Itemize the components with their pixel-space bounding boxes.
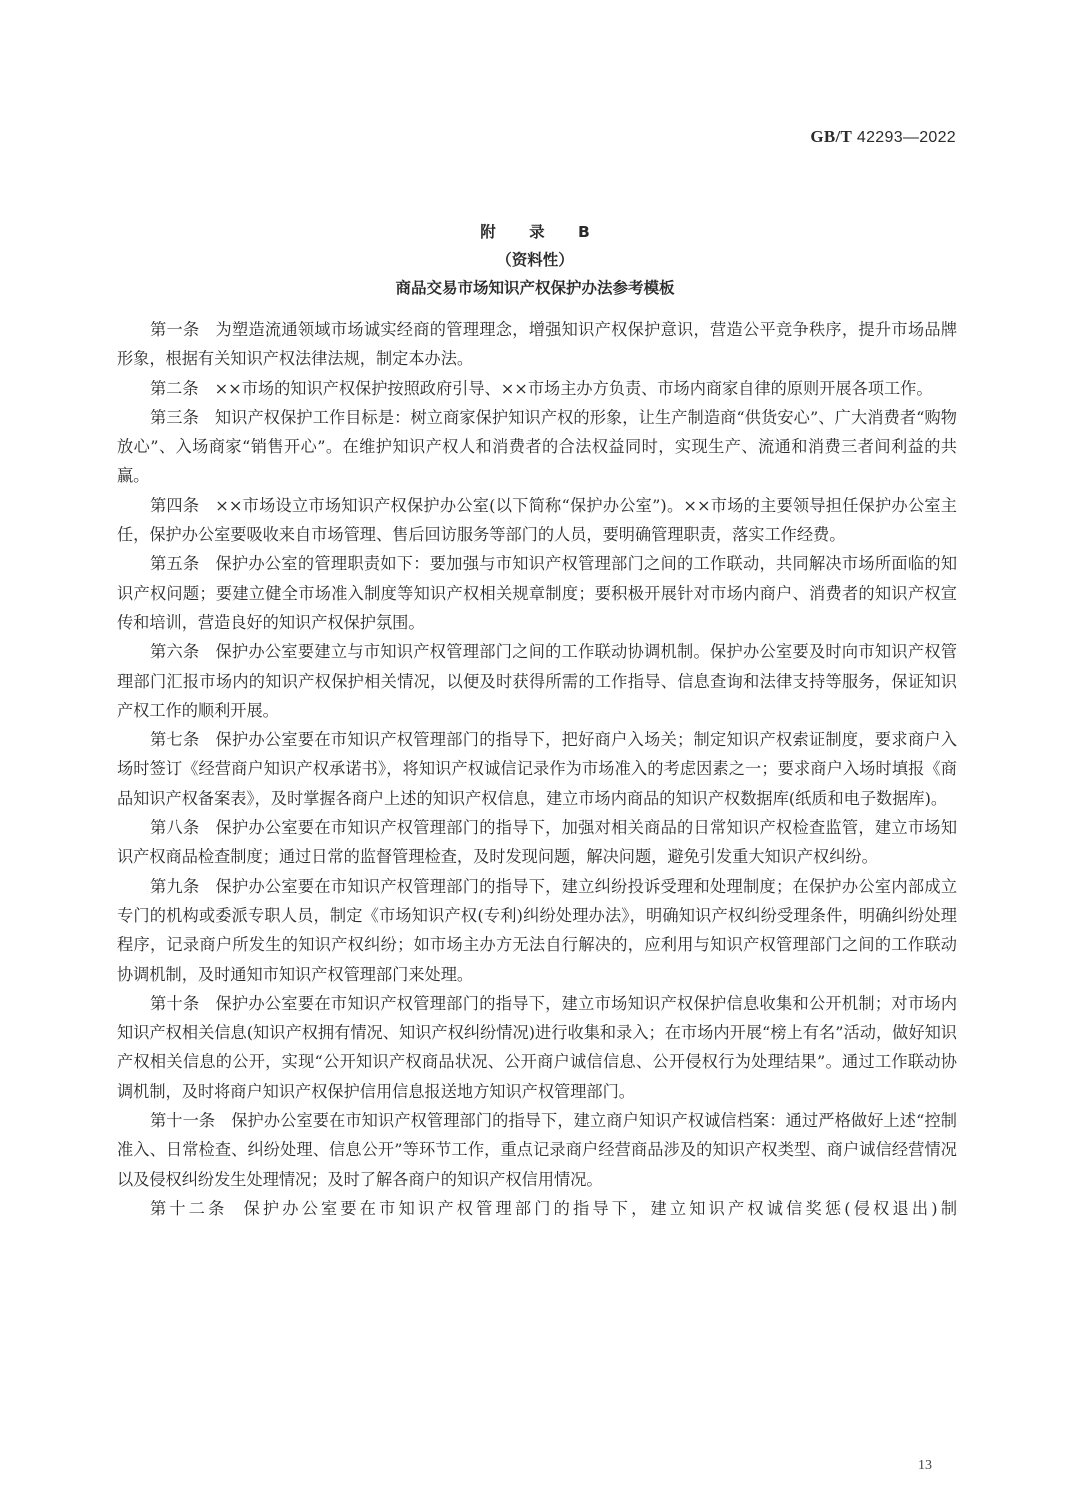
article-number: 第六条 — [150, 642, 199, 661]
article-text: ××市场设立市场知识产权保护办公室(以下简称“保护办公室”)。××市场的主要领导… — [117, 496, 957, 544]
article-number: 第十条 — [150, 994, 199, 1013]
article-number: 第四条 — [150, 496, 199, 515]
article-text: 知识产权保护工作目标是：树立商家保护知识产权的形象，让生产制造商“供货安心”、广… — [117, 408, 957, 486]
annex-subject: 商品交易市场知识产权保护办法参考模板 — [0, 274, 1070, 302]
standard-number: 42293—2022 — [857, 129, 956, 146]
article-text: 保护办公室的管理职责如下：要加强与市知识产权管理部门之间的工作联动，共同解决市场… — [117, 554, 957, 632]
article-number: 第十二条 — [150, 1199, 228, 1218]
standard-code: GB/T 42293—2022 — [810, 127, 956, 147]
article-number: 第一条 — [150, 320, 199, 339]
article-11: 第十一条保护办公室要在市知识产权管理部门的指导下，建立商户知识产权诚信档案：通过… — [117, 1106, 957, 1194]
article-text: 保护办公室要建立与市知识产权管理部门之间的工作联动协调机制。保护办公室要及时向市… — [117, 642, 957, 720]
article-1: 第一条为塑造流通领域市场诚实经商的管理理念，增强知识产权保护意识，营造公平竞争秩… — [117, 315, 957, 374]
article-number: 第二条 — [150, 379, 199, 398]
article-6: 第六条保护办公室要建立与市知识产权管理部门之间的工作联动协调机制。保护办公室要及… — [117, 637, 957, 725]
article-number: 第十一条 — [150, 1111, 215, 1130]
article-text: 为塑造流通领域市场诚实经商的管理理念，增强知识产权保护意识，营造公平竞争秩序，提… — [117, 320, 957, 368]
page-number: 13 — [918, 1458, 932, 1474]
article-2: 第二条××市场的知识产权保护按照政府引导、××市场主办方负责、市场内商家自律的原… — [117, 374, 957, 403]
article-text: 保护办公室要在市知识产权管理部门的指导下，把好商户入场关；制定知识产权索证制度，… — [117, 730, 957, 808]
article-text: 保护办公室要在市知识产权管理部门的指导下，建立知识产权诚信奖惩(侵权退出)制 — [244, 1199, 957, 1218]
article-number: 第八条 — [150, 818, 199, 837]
document-body: 第一条为塑造流通领域市场诚实经商的管理理念，增强知识产权保护意识，营造公平竞争秩… — [117, 315, 957, 1223]
article-7: 第七条保护办公室要在市知识产权管理部门的指导下，把好商户入场关；制定知识产权索证… — [117, 725, 957, 813]
article-number: 第七条 — [150, 730, 199, 749]
article-10: 第十条保护办公室要在市知识产权管理部门的指导下，建立市场知识产权保护信息收集和公… — [117, 989, 957, 1106]
article-text: 保护办公室要在市知识产权管理部门的指导下，加强对相关商品的日常知识产权检查监管，… — [117, 818, 957, 866]
article-12: 第十二条保护办公室要在市知识产权管理部门的指导下，建立知识产权诚信奖惩(侵权退出… — [117, 1194, 957, 1223]
article-text: 保护办公室要在市知识产权管理部门的指导下，建立市场知识产权保护信息收集和公开机制… — [117, 994, 957, 1101]
article-number: 第九条 — [150, 877, 199, 896]
article-5: 第五条保护办公室的管理职责如下：要加强与市知识产权管理部门之间的工作联动，共同解… — [117, 549, 957, 637]
article-number: 第五条 — [150, 554, 199, 573]
article-3: 第三条知识产权保护工作目标是：树立商家保护知识产权的形象，让生产制造商“供货安心… — [117, 403, 957, 491]
article-text: 保护办公室要在市知识产权管理部门的指导下，建立商户知识产权诚信档案：通过严格做好… — [117, 1111, 957, 1189]
article-8: 第八条保护办公室要在市知识产权管理部门的指导下，加强对相关商品的日常知识产权检查… — [117, 813, 957, 872]
article-text: ××市场的知识产权保护按照政府引导、××市场主办方负责、市场内商家自律的原则开展… — [215, 379, 933, 398]
article-9: 第九条保护办公室要在市知识产权管理部门的指导下，建立纠纷投诉受理和处理制度；在保… — [117, 872, 957, 989]
article-number: 第三条 — [150, 408, 199, 427]
article-text: 保护办公室要在市知识产权管理部门的指导下，建立纠纷投诉受理和处理制度；在保护办公… — [117, 877, 957, 984]
annex-heading: 附 录 B （资料性） 商品交易市场知识产权保护办法参考模板 — [0, 218, 1070, 302]
annex-nature: （资料性） — [0, 246, 1070, 274]
article-4: 第四条××市场设立市场知识产权保护办公室(以下简称“保护办公室”)。××市场的主… — [117, 491, 957, 550]
annex-title: 附 录 B — [0, 218, 1070, 246]
standard-prefix: GB/T — [810, 127, 852, 146]
